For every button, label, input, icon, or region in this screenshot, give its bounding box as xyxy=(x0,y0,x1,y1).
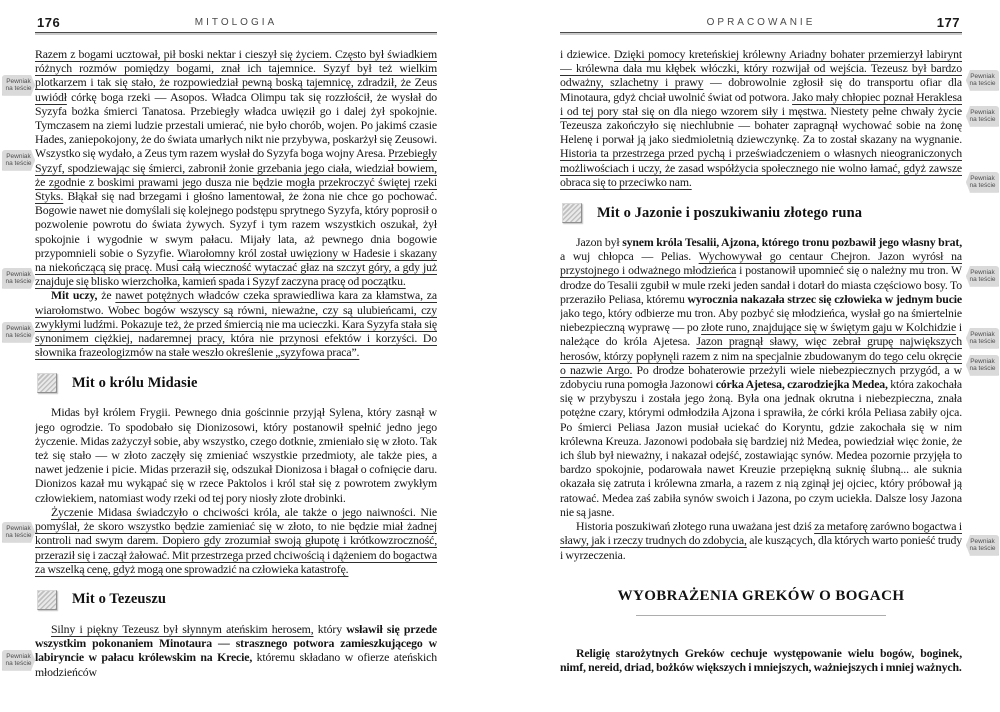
margin-tag-line1: Pewniak xyxy=(3,325,34,333)
margin-tag-line1: Pewniak xyxy=(3,78,34,86)
margin-tag-line2: na teście xyxy=(967,116,998,124)
margin-tag-pewniak: Pewniakna teście xyxy=(2,75,35,96)
page-header-left: 176 MITOLOGIA xyxy=(35,10,437,33)
text-run: wyrocznia nakazała strzec się człowieka … xyxy=(688,292,962,306)
margin-tag-line2: na teście xyxy=(3,85,34,93)
margin-tag-line1: Pewniak xyxy=(3,153,34,161)
paragraph: Silny i piękny Tezeusz był słynnym ateńs… xyxy=(35,622,437,679)
margin-tag-line2: na teście xyxy=(3,532,34,540)
running-title: OPRACOWANIE xyxy=(560,17,962,28)
page-body-left: Razem z bogami ucztował, pił boski nekta… xyxy=(35,47,437,679)
text-run: Jazon był xyxy=(576,235,622,249)
margin-tag-line2: na teście xyxy=(967,365,998,373)
text-run: synem króla Tesalii, Ajzona, którego tro… xyxy=(622,235,962,249)
margin-tag-line1: Pewniak xyxy=(3,525,34,533)
margin-tag-pewniak: Pewniakna teście xyxy=(2,150,35,171)
margin-tag-line2: na teście xyxy=(967,80,998,88)
hatched-square-icon xyxy=(562,203,582,223)
page-left: 176 MITOLOGIA Razem z bogami ucztował, p… xyxy=(35,10,437,706)
page-header-right: OPRACOWANIE 177 xyxy=(560,10,962,33)
section-title: WYOBRAŻENIA GREKÓW O BOGACH xyxy=(560,588,962,616)
paragraph: Jazon był synem króla Tesalii, Ajzona, k… xyxy=(560,235,962,519)
paragraph: Historia poszukiwań złotego runa uważana… xyxy=(560,519,962,562)
paragraph: Midas był królem Frygii. Pewnego dnia go… xyxy=(35,405,437,504)
margin-tag-pewniak: Pewniakna teście xyxy=(966,266,999,287)
margin-tag-pewniak: Pewniakna teście xyxy=(2,650,35,671)
margin-tag-line1: Pewniak xyxy=(967,358,998,366)
margin-tag-pewniak: Pewniakna teście xyxy=(2,522,35,543)
hatched-square-icon xyxy=(37,373,57,393)
margin-tag-line1: Pewniak xyxy=(3,271,34,279)
margin-tag-pewniak: Pewniakna teście xyxy=(966,535,999,556)
paragraph: Życzenie Midasa świadczyło o chciwości k… xyxy=(35,505,437,576)
text-run: Midas był królem Frygii. Pewnego dnia go… xyxy=(35,405,437,504)
text-run: złote runo, znajdujące się w świętym gaj… xyxy=(701,320,956,334)
section-title-rule xyxy=(636,615,885,616)
running-title: MITOLOGIA xyxy=(35,17,437,28)
text-run: która zakochała się w przybyszu i został… xyxy=(560,377,962,519)
paragraph: Razem z bogami ucztował, pił boski nekta… xyxy=(35,47,437,288)
margin-tag-line2: na teście xyxy=(967,338,998,346)
text-run: i dziewice. xyxy=(560,47,614,61)
margin-tag-pewniak: Pewniakna teście xyxy=(966,355,999,376)
paragraph: Religię starożytnych Greków cechuje wyst… xyxy=(560,646,962,674)
book-spread-scan: { "tag": { "line1": "Pewniak", "line2": … xyxy=(0,0,1000,712)
paragraph: Mit uczy, że nawet potężnych władców cze… xyxy=(35,288,437,359)
page-number: 177 xyxy=(937,15,960,30)
margin-tag-pewniak: Pewniakna teście xyxy=(966,106,999,127)
paragraph: i dziewice. Dzięki pomocy kreteńskiej kr… xyxy=(560,47,962,189)
margin-tag-line2: na teście xyxy=(967,182,998,190)
myth-heading-title: Mit o królu Midasie xyxy=(72,375,198,392)
section-title-text: WYOBRAŻENIA GREKÓW O BOGACH xyxy=(560,588,962,605)
margin-tag-pewniak: Pewniakna teście xyxy=(2,322,35,343)
myth-heading: Mit o królu Midasie xyxy=(37,373,437,393)
text-run: Historia ta przestrzega przed pychą i pr… xyxy=(560,146,962,188)
hatched-square-icon xyxy=(37,590,57,610)
text-run: a wuj chłopca — Pelias. xyxy=(560,249,699,263)
margin-tag-line1: Pewniak xyxy=(967,109,998,117)
margin-tag-line1: Pewniak xyxy=(967,538,998,546)
margin-tag-line1: Pewniak xyxy=(3,653,34,661)
margin-tag-line1: Pewniak xyxy=(967,331,998,339)
text-run: że xyxy=(97,288,115,302)
text-run: Mit uczy, xyxy=(51,288,97,302)
margin-tag-line1: Pewniak xyxy=(967,73,998,81)
myth-heading: Mit o Jazonie i poszukiwaniu złotego run… xyxy=(562,203,962,223)
margin-tag-line2: na teście xyxy=(3,278,34,286)
margin-tag-line2: na teście xyxy=(3,332,34,340)
myth-heading-title: Mit o Tezeuszu xyxy=(72,591,166,608)
myth-heading-title: Mit o Jazonie i poszukiwaniu złotego run… xyxy=(597,205,862,222)
margin-tag-line2: na teście xyxy=(3,660,34,668)
margin-tag-pewniak: Pewniakna teście xyxy=(966,172,999,193)
page-body-right: i dziewice. Dzięki pomocy kreteńskiej kr… xyxy=(560,47,962,674)
text-run: Silny i piękny Tezeusz był słynnym ateńs… xyxy=(51,622,314,636)
margin-tag-line1: Pewniak xyxy=(967,175,998,183)
margin-tag-pewniak: Pewniakna teście xyxy=(966,328,999,349)
margin-tag-line2: na teście xyxy=(967,545,998,553)
margin-tag-line2: na teście xyxy=(3,160,34,168)
margin-tag-pewniak: Pewniakna teście xyxy=(2,268,35,289)
text-run: córkę boga rzeki — Asopos. Władca Olimpu… xyxy=(35,90,437,161)
page-right: OPRACOWANIE 177 i dziewice. Dzięki pomoc… xyxy=(560,10,962,706)
margin-tag-line2: na teście xyxy=(967,276,998,284)
myth-heading: Mit o Tezeuszu xyxy=(37,590,437,610)
text-run: Historia poszukiwań złotego runa uważana… xyxy=(576,519,814,533)
text-run: córka Ajetesa, czarodziejka Medea, xyxy=(716,377,888,391)
text-run: Religię starożytnych Greków cechuje wyst… xyxy=(560,646,962,674)
text-run: który xyxy=(314,622,347,636)
text-run: Życzenie Midasa świadczyło o chciwości k… xyxy=(35,505,437,576)
margin-tag-line1: Pewniak xyxy=(967,269,998,277)
margin-tag-pewniak: Pewniakna teście xyxy=(966,70,999,91)
